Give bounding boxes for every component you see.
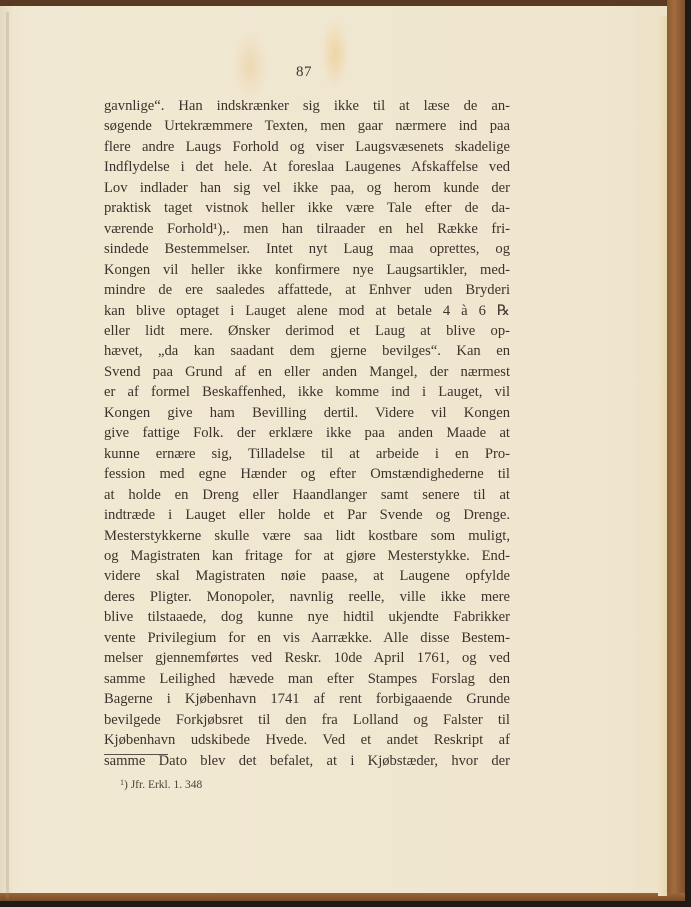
text-line: sindede Bestemmelser. Intet nyt Laug maa… xyxy=(104,239,510,259)
book-cover-right-edge xyxy=(667,0,685,907)
text-line: flere andre Laugs Forhold og viser Laugs… xyxy=(104,137,510,157)
page-fore-edge xyxy=(658,16,667,896)
text-line: samme Leilighed hævede man efter Stampes… xyxy=(104,669,510,689)
text-line: fession med egne Hænder og efter Omstænd… xyxy=(104,464,510,484)
text-line: eller lidt mere. Ønsker derimod et Laug … xyxy=(104,321,510,341)
text-line: vente Privilegium for en vis Aarrække. A… xyxy=(104,628,510,648)
page-gutter-shadow xyxy=(6,12,9,899)
text-line: melser gjennemførtes ved Reskr. 10de Apr… xyxy=(104,648,510,668)
text-line: Kongen vil heller ikke konfirmere nye La… xyxy=(104,260,510,280)
text-line: søgende Urtekræmmere Texten, men gaar næ… xyxy=(104,116,510,136)
text-line: mindre de ere saaledes affattede, at Enh… xyxy=(104,280,510,300)
text-line: at holde en Dreng eller Haandlanger samt… xyxy=(104,485,510,505)
text-line: og Magistraten kan fritage for at gjøre … xyxy=(104,546,510,566)
text-line: Lov indlader han sig vel ikke paa, og he… xyxy=(104,178,510,198)
background-right xyxy=(685,0,691,907)
text-line: praktisk taget vistnok heller ikke være … xyxy=(104,198,510,218)
text-line: Kongen give ham Bevilling dertil. Videre… xyxy=(104,403,510,423)
footnote-separator xyxy=(104,754,168,755)
text-line: er af formel Beskaffenhed, ikke komme in… xyxy=(104,382,510,402)
text-line: blive tilstaaede, dog kunne nye hidtil u… xyxy=(104,607,510,627)
text-line: gavnlige“. Han indskrænker sig ikke til … xyxy=(104,96,510,116)
footnote: 1) Jfr. Erkl. 1. 348 xyxy=(120,778,202,791)
text-line: Indflydelse i det hele. At foreslaa Laug… xyxy=(104,157,510,177)
text-line: kan blive optaget i Lauget alene mod at … xyxy=(104,301,510,321)
text-line: give fattige Folk. der erklære ikke paa … xyxy=(104,423,510,443)
text-line: hævet, „da kan saadant dem gjerne bevilg… xyxy=(104,341,510,361)
footnote-text: ) Jfr. Erkl. 1. 348 xyxy=(124,779,202,791)
book-cover-bottom-edge xyxy=(0,893,685,901)
text-line: kunne ernære sig, Tilladelse til at arbe… xyxy=(104,444,510,464)
text-line: Kjøbenhavn udskibede Hvede. Ved et andet… xyxy=(104,730,510,750)
text-line: bevilgede Forkjøbsret til den fra Lollan… xyxy=(104,710,510,730)
book-page: 87 gavnlige“. Han indskrænker sig ikke t… xyxy=(0,6,667,893)
text-line: værende Forhold¹),. men han tilraader en… xyxy=(104,219,510,239)
page-number: 87 xyxy=(296,64,312,81)
text-line: Mesterstykkerne skulle være saa lidt kos… xyxy=(104,526,510,546)
background-bottom xyxy=(0,901,691,907)
body-text: gavnlige“. Han indskrænker sig ikke til … xyxy=(104,96,510,771)
text-line: videre skal Magistraten nøie paase, at L… xyxy=(104,566,510,586)
text-line: indtræde i Lauget eller holde et Par Sve… xyxy=(104,505,510,525)
text-line: Bagerne i Kjøbenhavn 1741 af rent forbig… xyxy=(104,689,510,709)
text-line: Svend paa Grund af en eller anden Mangel… xyxy=(104,362,510,382)
text-line: deres Pligter. Monopoler, navnlig reelle… xyxy=(104,587,510,607)
